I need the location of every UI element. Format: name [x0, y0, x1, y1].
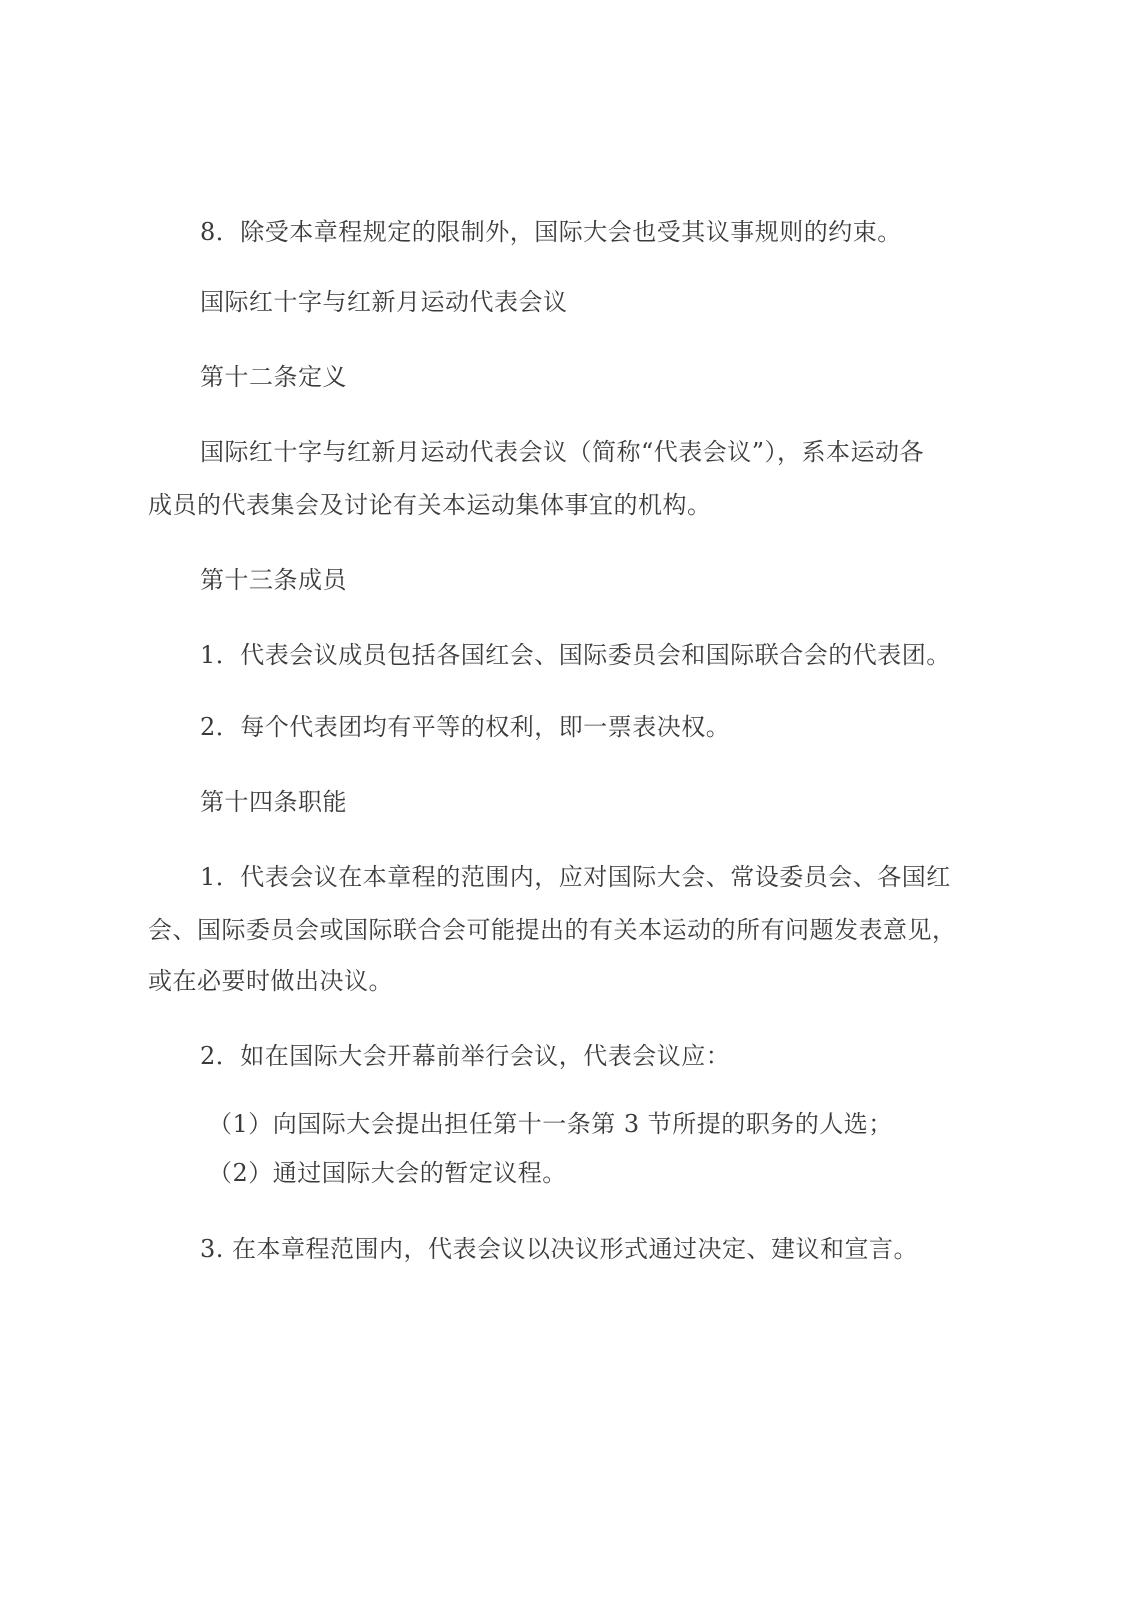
article-12-body-line2: 成员的代表集会及讨论有关本运动集体事宜的机构。 — [148, 490, 712, 520]
article-14-item3: 3. 在本章程范围内，代表会议以决议形式通过决定、建议和宣言。 — [200, 1234, 918, 1264]
article-14-item1-line2: 会、国际委员会或国际联合会可能提出的有关本运动的所有问题发表意见， — [148, 915, 957, 945]
article-14-item2: 2．如在国际大会开幕前举行会议，代表会议应： — [200, 1041, 730, 1071]
paragraph-art11-item8: 8．除受本章程规定的限制外，国际大会也受其议事规则的约束。 — [200, 217, 902, 247]
article-12-body-line1: 国际红十字与红新月运动代表会议（简称“代表会议”），系本运动各 — [200, 437, 924, 467]
article-14-item2-sub2: （2）通过国际大会的暂定议程。 — [208, 1158, 567, 1188]
article-13-title: 第十三条成员 — [200, 565, 347, 595]
article-14-item2-sub1: （1）向国际大会提出担任第十一条第 3 节所提的职务的人选； — [208, 1109, 893, 1139]
article-13-item1: 1．代表会议成员包括各国红会、国际委员会和国际联合会的代表团。 — [200, 640, 951, 670]
section-heading: 国际红十字与红新月运动代表会议 — [200, 287, 568, 317]
article-12-title: 第十二条定义 — [200, 362, 347, 392]
article-14-item1-line1: 1．代表会议在本章程的范围内，应对国际大会、常设委员会、各国红 — [200, 862, 951, 892]
article-13-item2: 2．每个代表团均有平等的权利，即一票表决权。 — [200, 712, 730, 742]
article-14-item1-line3: 或在必要时做出决议。 — [148, 966, 393, 996]
article-14-title: 第十四条职能 — [200, 787, 347, 817]
